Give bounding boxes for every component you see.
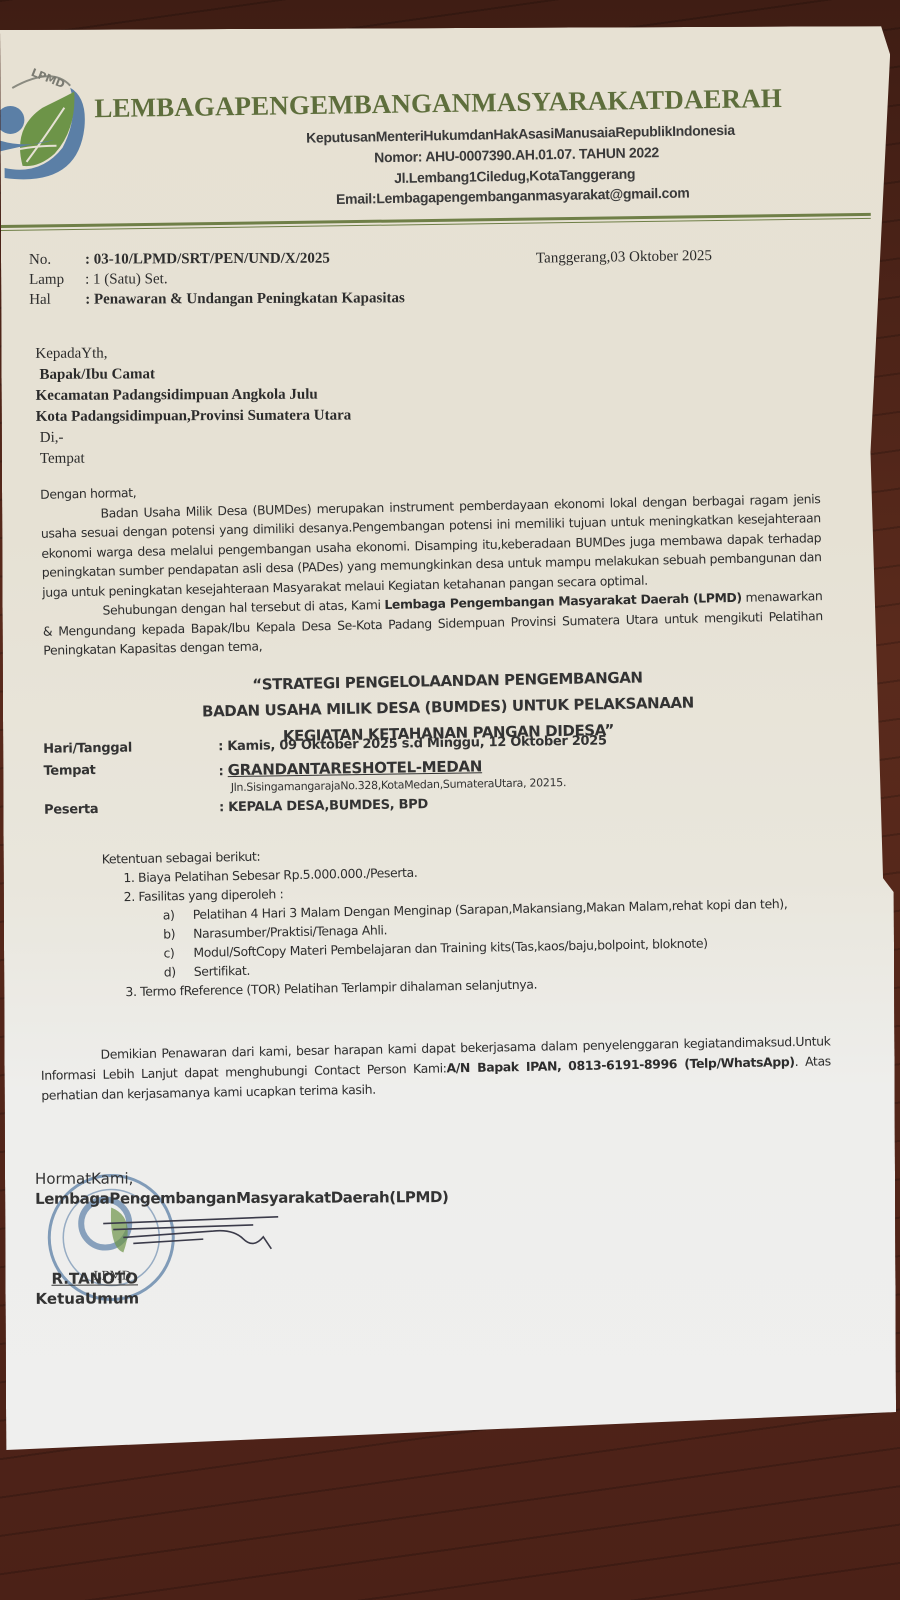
venue-address: Jln.SisingamangarajaNo.328,KotaMedan,Sum… (219, 776, 567, 794)
letter-body: Dengan hormat, Badan Usaha Milik Desa (B… (40, 469, 823, 660)
venue-name: GRANDANTARESHOTEL-MEDAN (228, 757, 483, 779)
recipient-title: Bapak/Ibu Camat (35, 363, 351, 385)
facility-text: Sertifikat. (194, 961, 251, 981)
signer-title: KetuaUmum (35, 1289, 139, 1307)
recipient-tempat: Tempat (36, 447, 352, 469)
closing-paragraph: Demikian Penawaran dari kami, besar hara… (40, 1031, 831, 1105)
participants-value: : KEPALA DESA,BUMDES, BPD (219, 797, 428, 815)
recipient-di: Di,- (36, 426, 352, 448)
ref-hal-value: : Penawaran & Undangan Peningkatan Kapas… (85, 290, 405, 308)
regards: HormatKami, (35, 1169, 133, 1187)
letterhead: LPMD LEMBAGAPENGEMBANGANMASYARAKATDAERAH… (0, 44, 881, 208)
reference-block: No. : 03-10/LPMD/SRT/PEN/UND/X/2025 Lamp… (29, 250, 405, 312)
terms-block: Ketentuan sebagai berikut: Biaya Pelatih… (102, 836, 825, 1001)
event-details: Hari/Tanggal : Kamis, 09 Oktober 2025 s.… (43, 733, 608, 817)
date-label: Hari/Tanggal (43, 739, 218, 764)
facilities-list: a)Pelatihan 4 Hari 3 Malam Dengan Mengin… (139, 893, 824, 982)
contact-phone: 0813-6191-8996 (Telp/WhatsApp) (568, 1054, 795, 1073)
participants-label: Peserta (44, 800, 219, 818)
ref-no-value: : 03-10/LPMD/SRT/PEN/UND/X/2025 (85, 251, 330, 269)
recipient-block: KepadaYth, Bapak/Ibu Camat Kecamatan Pad… (35, 342, 351, 469)
handwritten-signature-icon (93, 1209, 293, 1270)
org-name: LEMBAGAPENGEMBANGANMASYARAKATDAERAH (94, 83, 782, 124)
contact-name: A/N Bapak IPAN, (446, 1058, 561, 1075)
letter-page: LPMD LEMBAGAPENGEMBANGANMASYARAKATDAERAH… (0, 26, 896, 1450)
recipient-city: Kota Padangsidimpuan,Provinsi Sumatera U… (36, 405, 352, 427)
place-date: Tanggerang,03 Oktober 2025 (536, 248, 712, 268)
facility-label: c) (163, 943, 193, 963)
signer-name: R.TANOTO (51, 1269, 138, 1287)
ref-no-label: No. (29, 252, 85, 269)
facility-label: b) (163, 924, 193, 944)
invitation-org-name: Lembaga Pengembangan Masyarakat Daerah (… (384, 590, 742, 612)
ref-hal-label: Hal (29, 292, 85, 309)
ref-lamp-value: : 1 (Satu) Set. (85, 271, 168, 288)
venue-prefix: : (218, 764, 227, 779)
facility-label: d) (164, 962, 194, 982)
svg-text:LPMD: LPMD (29, 66, 66, 91)
facilities-heading: Fasilitas yang diperoleh : (138, 886, 283, 904)
term-facilities: Fasilitas yang diperoleh : a)Pelatihan 4… (138, 874, 824, 982)
signature-block: LPMD HormatKami, LembagaPengembanganMasy… (33, 1165, 594, 1317)
venue-label: Tempat (43, 761, 218, 797)
ref-lamp-label: Lamp (29, 272, 85, 289)
signing-org: LembagaPengembanganMasyarakatDaerah(LPMD… (35, 1188, 448, 1208)
recipient-district: Kecamatan Padangsidimpuan Angkola Julu (36, 384, 352, 406)
recipient-greeting: KepadaYth, (35, 342, 351, 364)
invitation-text-pre: Sehubungan dengan hal tersebut di atas, … (102, 597, 384, 618)
facility-label: a) (163, 905, 193, 925)
paragraph-bumdes: Badan Usaha Milik Desa (BUMDes) merupaka… (40, 489, 822, 602)
